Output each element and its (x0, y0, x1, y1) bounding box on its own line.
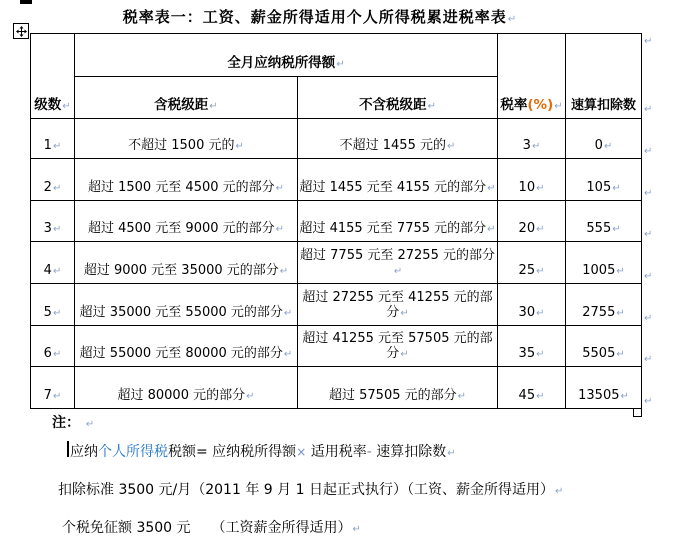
table-header-row-1: 级数↵ 全月应纳税所得额↵ 税率(%)↵ 速算扣除数 (31, 34, 642, 77)
paragraph-mark: ↵ (555, 486, 563, 497)
cell-without-tax[interactable]: 超过 27255 元至 41255 元的部分↵ (298, 284, 498, 326)
formula-part1: 应纳 (70, 444, 98, 460)
formula-part4: 速算扣除数 (372, 444, 446, 460)
cell-without-tax[interactable]: 超过 1455 元至 4155 元的部分↵ (298, 159, 498, 201)
header-cell-quick-deduction[interactable]: 速算扣除数 (566, 34, 642, 119)
header-cell-without-tax[interactable]: 不含税级距↵ (298, 77, 498, 119)
percent-unit: (%) (527, 97, 553, 113)
cell-mark: ↵ (336, 59, 344, 70)
cell-level[interactable]: 3↵ (31, 201, 75, 242)
table-row: 2↵ 超过 1500 元至 4500 元的部分↵ 超过 1455 元至 4155… (31, 159, 642, 201)
document-title[interactable]: 税率表一：工资、薪金所得适用个人所得税累进税率表↵ (0, 6, 640, 27)
income-tax-link[interactable]: 个人所得税 (98, 444, 168, 460)
document-page: 税率表一：工资、薪金所得适用个人所得税累进税率表↵ 级数↵ 全月应纳税所得额↵ … (0, 0, 679, 549)
tax-formula-line[interactable]: 应纳个人所得税税额= 应纳税所得额× 适用税率- 速算扣除数↵ (70, 441, 456, 461)
cell-mark: ↵ (428, 101, 436, 112)
table-row: 3↵ 超过 4500 元至 9000 元的部分↵ 超过 4155 元至 7755… (31, 201, 642, 242)
table-move-handle[interactable] (13, 23, 29, 39)
cell-mark: ↵ (209, 101, 217, 112)
cell-rate[interactable]: 10↵ (498, 159, 566, 201)
cell-rate[interactable]: 45↵ (498, 367, 566, 409)
table-row: 4↵ 超过 9000 元至 35000 元的部分↵ 超过 7755 元至 272… (31, 242, 642, 284)
paragraph-mark: ↵ (86, 419, 94, 430)
cell-with-tax[interactable]: 不超过 1500 元的↵ (75, 119, 298, 159)
cell-level[interactable]: 6↵ (31, 326, 75, 367)
cell-without-tax[interactable]: 不超过 1455 元的↵ (298, 119, 498, 159)
formula-part3: 适用税率 (306, 444, 366, 460)
header-cell-with-tax[interactable]: 含税级距↵ (75, 77, 298, 119)
header-cell-rate[interactable]: 税率(%)↵ (498, 34, 566, 119)
notes-heading[interactable]: 注： ↵ (52, 412, 94, 432)
cell-mark: ↵ (554, 101, 562, 112)
header-cell-level[interactable]: 级数↵ (31, 34, 75, 119)
text-cursor (67, 441, 69, 457)
paragraph-mark: ↵ (447, 448, 455, 459)
cell-deduction[interactable]: 13505↵ (566, 367, 642, 409)
cell-deduction[interactable]: 105↵ (566, 159, 642, 201)
tax-rate-table: 级数↵ 全月应纳税所得额↵ 税率(%)↵ 速算扣除数 含税级距↵ 不含税级距↵ … (30, 33, 642, 409)
table-row: 5↵ 超过 35000 元至 55000 元的部分↵ 超过 27255 元至 4… (31, 284, 642, 326)
cell-deduction[interactable]: 0↵ (566, 119, 642, 159)
deduction-standard-line[interactable]: 扣除标准 3500 元/月（2011 年 9 月 1 日起正式执行）（工资、薪金… (58, 479, 563, 499)
cell-without-tax[interactable]: 超过 41255 元至 57505 元的部分↵ (298, 326, 498, 367)
cell-with-tax[interactable]: 超过 35000 元至 55000 元的部分↵ (75, 284, 298, 326)
cell-level[interactable]: 5↵ (31, 284, 75, 326)
cell-rate[interactable]: 25↵ (498, 242, 566, 284)
paragraph-mark: ↵ (353, 524, 361, 535)
table-row: 1↵ 不超过 1500 元的↵ 不超过 1455 元的↵ 3↵ 0↵ (31, 119, 642, 159)
table-row: 7↵ 超过 80000 元的部分↵ 超过 57505 元的部分↵ 45↵ 135… (31, 367, 642, 409)
table-resize-handle[interactable] (633, 408, 642, 417)
multiply-sign: × (296, 445, 306, 459)
document-title-text: 税率表一：工资、薪金所得适用个人所得税累进税率表 (123, 8, 507, 26)
cell-rate[interactable]: 30↵ (498, 284, 566, 326)
cell-deduction[interactable]: 5505↵ (566, 326, 642, 367)
cell-deduction[interactable]: 1005↵ (566, 242, 642, 284)
cell-with-tax[interactable]: 超过 4500 元至 9000 元的部分↵ (75, 201, 298, 242)
cell-level[interactable]: 2↵ (31, 159, 75, 201)
cell-deduction[interactable]: 2755↵ (566, 284, 642, 326)
formula-part2: 税额= 应纳税所得额 (168, 444, 296, 460)
table-row: 6↵ 超过 55000 元至 80000 元的部分↵ 超过 41255 元至 5… (31, 326, 642, 367)
paragraph-mark: ↵ (508, 14, 517, 25)
cell-with-tax[interactable]: 超过 1500 元至 4500 元的部分↵ (75, 159, 298, 201)
cell-level[interactable]: 1↵ (31, 119, 75, 159)
cell-rate[interactable]: 35↵ (498, 326, 566, 367)
cell-rate[interactable]: 20↵ (498, 201, 566, 242)
cell-without-tax[interactable]: 超过 7755 元至 27255 元的部分↵ (298, 242, 498, 284)
cell-without-tax[interactable]: 超过 4155 元至 7755 元的部分↵ (298, 201, 498, 242)
cell-with-tax[interactable]: 超过 55000 元至 80000 元的部分↵ (75, 326, 298, 367)
move-icon (16, 26, 27, 37)
cell-deduction[interactable]: 555↵ (566, 201, 642, 242)
cell-level[interactable]: 4↵ (31, 242, 75, 284)
exemption-line[interactable]: 个税免征额 3500 元 （工资薪金所得适用）↵ (62, 517, 361, 537)
cell-with-tax[interactable]: 超过 80000 元的部分↵ (75, 367, 298, 409)
cell-with-tax[interactable]: 超过 9000 元至 35000 元的部分↵ (75, 242, 298, 284)
top-edge-mark (20, 0, 32, 4)
header-cell-monthly-income[interactable]: 全月应纳税所得额↵ (75, 34, 498, 77)
cell-rate[interactable]: 3↵ (498, 119, 566, 159)
cell-level[interactable]: 7↵ (31, 367, 75, 409)
cell-mark: ↵ (62, 101, 70, 112)
cell-without-tax[interactable]: 超过 57505 元的部分↵ (298, 367, 498, 409)
